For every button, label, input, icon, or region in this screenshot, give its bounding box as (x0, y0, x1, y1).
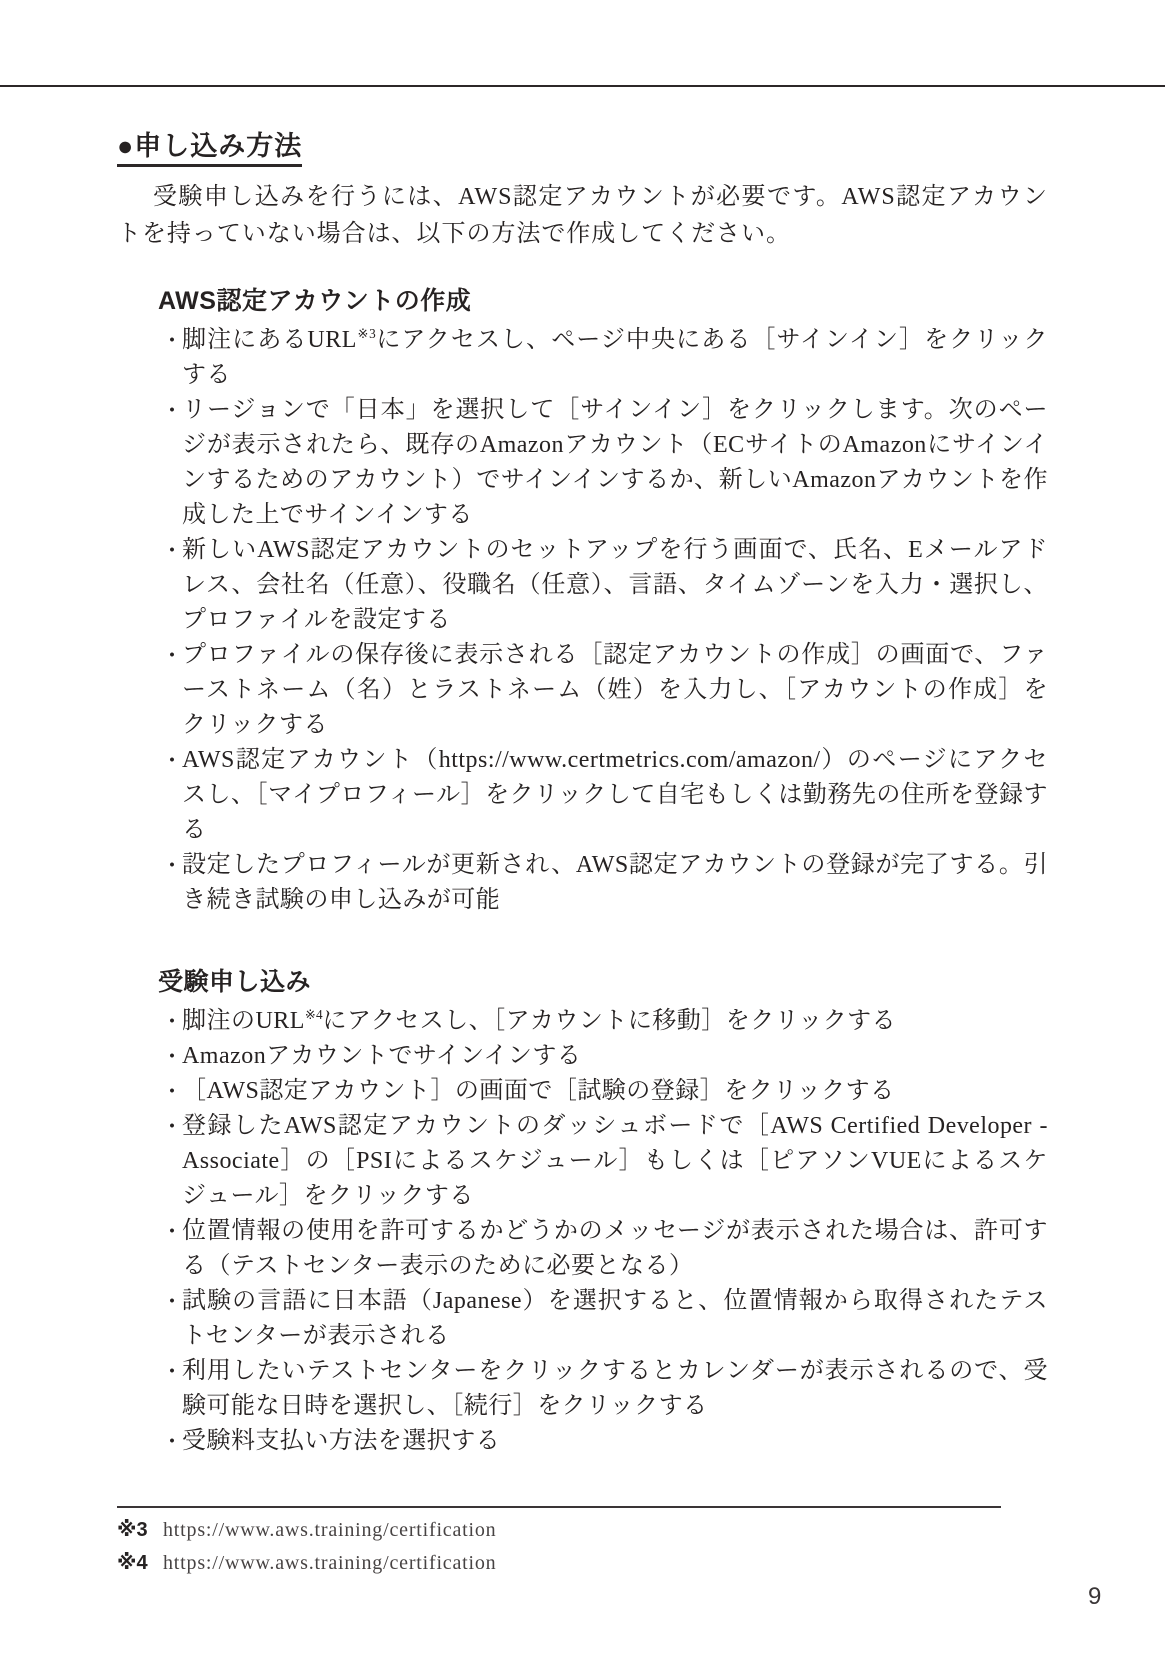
footnote-ref: ※4 (305, 1007, 323, 1022)
bullet-marker: ・ (161, 1284, 183, 1319)
list-item: ・受験料支払い方法を選択する (161, 1424, 1048, 1459)
bullet-marker: ・ (161, 1039, 183, 1074)
subsection-account-creation: AWS認定アカウントの作成 ・脚注にあるURL※3にアクセスし、ページ中央にある… (158, 287, 1048, 918)
item-text: 新しいAWS認定アカウントのセットアップを行う画面で、氏名、Eメールアドレス、会… (182, 537, 1048, 633)
section-title: ●申し込み方法 (117, 131, 302, 167)
list-item: ・登録したAWS認定アカウントのダッシュボードで［AWS Certified D… (161, 1109, 1048, 1214)
item-text: 脚注のURL※4にアクセスし、［アカウントに移動］をクリックする (182, 1008, 896, 1034)
list-item: ・リージョンで「日本」を選択して［サインイン］をクリックします。次のページが表示… (161, 393, 1048, 533)
footnote-row: ※3https://www.aws.training/certification (117, 1519, 1048, 1541)
exam-registration-list: ・脚注のURL※4にアクセスし、［アカウントに移動］をクリックする・Amazon… (158, 1004, 1048, 1459)
list-item: ・新しいAWS認定アカウントのセットアップを行う画面で、氏名、Eメールアドレス、… (161, 533, 1048, 638)
bullet-marker: ・ (161, 393, 183, 428)
item-text: AWS認定アカウント（https://www.certmetrics.com/a… (182, 747, 1048, 843)
item-text: リージョンで「日本」を選択して［サインイン］をクリックします。次のページが表示さ… (182, 397, 1048, 528)
bullet-marker: ・ (161, 1354, 183, 1389)
account-creation-heading: AWS認定アカウントの作成 (158, 287, 1048, 315)
page-number: 9 (1088, 1583, 1101, 1611)
footnote-marker: ※4 (117, 1552, 163, 1574)
list-item: ・Amazonアカウントでサインインする (161, 1039, 1048, 1074)
footnote-row: ※4https://www.aws.training/certification (117, 1552, 1048, 1574)
item-text: 試験の言語に日本語（Japanese）を選択すると、位置情報から取得されたテスト… (182, 1288, 1048, 1349)
footnote-url: https://www.aws.training/certification (163, 1519, 496, 1541)
list-item: ・［AWS認定アカウント］の画面で［試験の登録］をクリックする (161, 1074, 1048, 1109)
list-item: ・位置情報の使用を許可するかどうかのメッセージが表示された場合は、許可する（テス… (161, 1214, 1048, 1284)
bullet-marker: ・ (161, 638, 183, 673)
footnote-url: https://www.aws.training/certification (163, 1552, 496, 1574)
list-item: ・設定したプロフィールが更新され、AWS認定アカウントの登録が完了する。引き続き… (161, 848, 1048, 918)
bullet-marker: ・ (161, 533, 183, 568)
list-item: ・脚注にあるURL※3にアクセスし、ページ中央にある［サインイン］をクリックする (161, 323, 1048, 393)
list-item: ・試験の言語に日本語（Japanese）を選択すると、位置情報から取得されたテス… (161, 1284, 1048, 1354)
item-text: Amazonアカウントでサインインする (182, 1043, 581, 1069)
bullet-marker: ・ (161, 1424, 183, 1459)
subsection-exam-registration: 受験申し込み ・脚注のURL※4にアクセスし、［アカウントに移動］をクリックする… (158, 968, 1048, 1459)
footnote-marker: ※3 (117, 1519, 163, 1541)
document-page: ●申し込み方法 受験申し込みを行うには、AWS認定アカウントが必要です。AWS認… (0, 0, 1165, 1654)
list-item: ・利用したいテストセンターをクリックするとカレンダーが表示されるので、受験可能な… (161, 1354, 1048, 1424)
list-item: ・AWS認定アカウント（https://www.certmetrics.com/… (161, 743, 1048, 848)
item-text: ［AWS認定アカウント］の画面で［試験の登録］をクリックする (182, 1078, 895, 1104)
item-text-segment: 脚注のURL (182, 1008, 305, 1034)
item-text: 脚注にあるURL※3にアクセスし、ページ中央にある［サインイン］をクリックする (182, 327, 1048, 388)
footnotes: ※3https://www.aws.training/certification… (117, 1506, 1048, 1574)
list-item: ・プロファイルの保存後に表示される［認定アカウントの作成］の画面で、ファーストネ… (161, 638, 1048, 743)
bullet-marker: ・ (161, 743, 183, 778)
intro-paragraph: 受験申し込みを行うには、AWS認定アカウントが必要です。AWS認定アカウントを持… (117, 179, 1048, 253)
header-divider (0, 85, 1165, 87)
item-text-segment: 脚注にあるURL (182, 327, 357, 353)
item-text: 利用したいテストセンターをクリックするとカレンダーが表示されるので、受験可能な日… (182, 1358, 1048, 1419)
list-item: ・脚注のURL※4にアクセスし、［アカウントに移動］をクリックする (161, 1004, 1048, 1039)
bullet-marker: ・ (161, 1214, 183, 1249)
bullet-marker: ・ (161, 323, 183, 358)
footnote-rows: ※3https://www.aws.training/certification… (117, 1519, 1048, 1574)
item-text-segment: にアクセスし、［アカウントに移動］をクリックする (323, 1008, 897, 1034)
item-text: 登録したAWS認定アカウントのダッシュボードで［AWS Certified De… (182, 1113, 1048, 1209)
item-text: 位置情報の使用を許可するかどうかのメッセージが表示された場合は、許可する（テスト… (182, 1218, 1048, 1279)
item-text: 受験料支払い方法を選択する (182, 1428, 500, 1454)
bullet-marker: ・ (161, 1109, 183, 1144)
bullet-marker: ・ (161, 1004, 183, 1039)
bullet-marker: ・ (161, 1074, 183, 1109)
page-content: ●申し込み方法 受験申し込みを行うには、AWS認定アカウントが必要です。AWS認… (117, 131, 1048, 1459)
item-text: プロファイルの保存後に表示される［認定アカウントの作成］の画面で、ファーストネー… (182, 642, 1048, 738)
footnote-ref: ※3 (357, 326, 376, 341)
footnote-divider (117, 1506, 1001, 1508)
exam-registration-heading: 受験申し込み (158, 968, 1048, 996)
item-text: 設定したプロフィールが更新され、AWS認定アカウントの登録が完了する。引き続き試… (182, 852, 1048, 913)
account-creation-list: ・脚注にあるURL※3にアクセスし、ページ中央にある［サインイン］をクリックする… (158, 323, 1048, 918)
bullet-marker: ・ (161, 848, 183, 883)
